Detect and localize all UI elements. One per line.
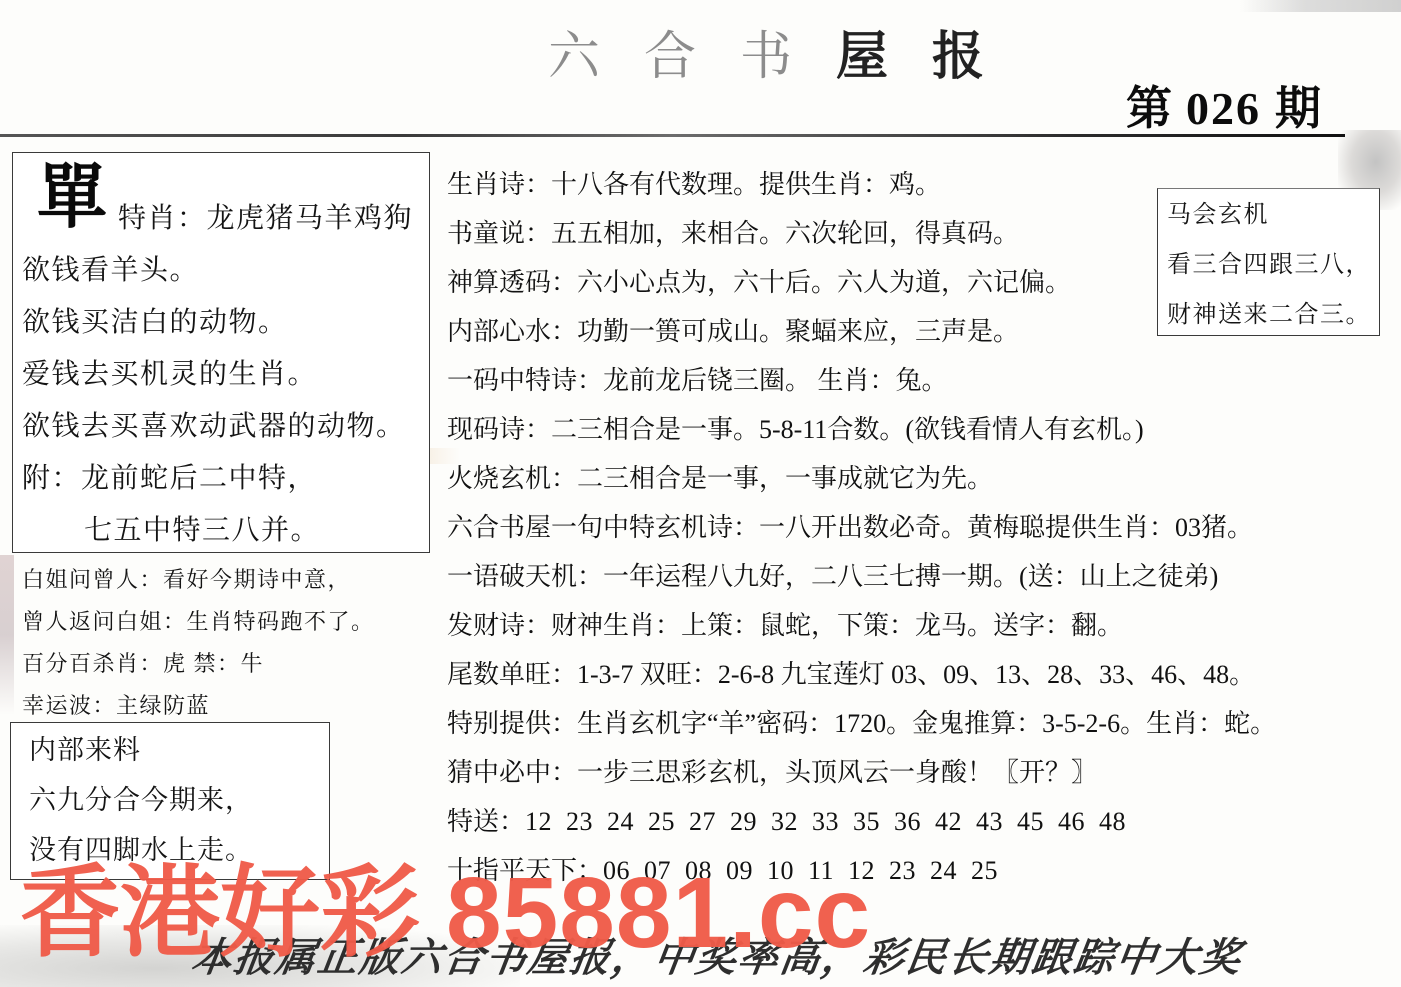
main-line: 发财诗：财神生肖：上策：鼠蛇，下策：龙马。送字：翻。 xyxy=(447,601,1401,650)
line-text: 财神生肖：上策：鼠蛇，下策：龙马。送字：翻。 xyxy=(551,611,1123,640)
note-line: 白姐问曾人：看好今期诗中意， xyxy=(22,559,422,601)
line-text: 一年运程八九好，二八三七搏一期。(送：山上之徒弟) xyxy=(603,562,1218,591)
line-text: 龙前龙后铙三圈。 生肖：兔。 xyxy=(603,366,948,395)
title-char: 屋 xyxy=(836,22,932,92)
line-text: 十八各有代数理。提供生肖：鸡。 xyxy=(551,170,941,199)
header-divider xyxy=(0,134,1345,137)
issue-value: 026 xyxy=(1186,83,1261,134)
line-label: 特别提供： xyxy=(447,709,577,738)
line-label: 一语破天机： xyxy=(447,562,603,591)
line-text: 生肖玄机字“羊”密码：1720。金鬼推算：3-5-2-6。生肖：蛇。 xyxy=(577,709,1276,738)
main-line: 特别提供：生肖玄机字“羊”密码：1720。金鬼推算：3-5-2-6。生肖：蛇。 xyxy=(447,699,1401,748)
title-char: 书 xyxy=(740,22,836,92)
line-text: 一步三思彩玄机，头顶风云一身酸！〖开？〗 xyxy=(577,758,1097,787)
line-text: 功勤一篑可成山。聚蝠来应，三声是。 xyxy=(577,317,1019,346)
line-text: 1-3-7 双旺：2-6-8 九宝莲灯 03、09、13、28、33、46、48… xyxy=(577,660,1255,689)
main-line: 尾数单旺：1-3-7 双旺：2-6-8 九宝莲灯 03、09、13、28、33、… xyxy=(447,650,1401,699)
title-char: 合 xyxy=(644,22,740,92)
scan-smudge-top xyxy=(1240,0,1401,12)
note-line: 曾人返问白姐：生肖特码跑不了。 xyxy=(22,601,422,643)
line-text: 一八开出数必奇。黄梅聪提供生肖：03猪。 xyxy=(759,513,1253,542)
note-line: 百分百杀肖：虎 禁：牛 xyxy=(22,643,422,685)
issue-suffix: 期 xyxy=(1275,83,1321,134)
note-line: 幸运波：主绿防蓝 xyxy=(22,685,422,727)
inside-info-title: 内部来料 xyxy=(29,725,253,775)
line-label: 尾数单旺： xyxy=(447,660,577,689)
scan-smudge-left xyxy=(0,555,14,715)
special-zodiac-lines: 特肖：龙虎猪马羊鸡狗 欲钱看羊头。 欲钱买洁白的动物。 爱钱去买机灵的生肖。 欲… xyxy=(22,193,427,557)
riddle-line: 欲钱去买喜欢动武器的动物。 xyxy=(22,401,427,453)
line-label: 特送： xyxy=(447,807,525,836)
main-line: 神算透码：六小心点为，六十后。六人为道，六记偏。 xyxy=(447,258,1401,307)
line-label: 内部心水： xyxy=(447,317,577,346)
line-label: 一码中特诗： xyxy=(447,366,603,395)
main-line: 一码中特诗：龙前龙后铙三圈。 生肖：兔。 xyxy=(447,356,1401,405)
line-label: 生肖诗： xyxy=(447,170,551,199)
line-label: 发财诗： xyxy=(447,611,551,640)
main-line: 现码诗：二三相合是一事。5-8-11合数。(欲钱看情人有玄机。) xyxy=(447,405,1401,454)
inside-info-lines: 内部来料 六九分合今期来， 没有四脚水上走。 xyxy=(29,725,253,875)
left-notes: 白姐问曾人：看好今期诗中意， 曾人返问白姐：生肖特码跑不了。 百分百杀肖：虎 禁… xyxy=(22,559,422,727)
special-zodiac-box: 單 特肖：龙虎猪马羊鸡狗 欲钱看羊头。 欲钱买洁白的动物。 爱钱去买机灵的生肖。… xyxy=(12,152,430,553)
title-char: 六 xyxy=(548,22,644,92)
newspaper-title: 六合书屋报 xyxy=(548,22,1028,92)
main-line: 六合书屋一句中特玄机诗：一八开出数必奇。黄梅聪提供生肖：03猪。 xyxy=(447,503,1401,552)
line-text: 二三相合是一事，一事成就它为先。 xyxy=(577,464,993,493)
line-label: 六合书屋一句中特玄机诗： xyxy=(447,513,759,542)
special-numbers: 12 23 24 25 27 29 32 33 35 36 42 43 45 4… xyxy=(525,807,1126,836)
main-line: 内部心水：功勤一篑可成山。聚蝠来应，三声是。 xyxy=(447,307,1401,356)
site-watermark: 香港好彩85881.cc xyxy=(20,858,871,968)
riddle-line: 爱钱去买机灵的生肖。 xyxy=(22,349,427,401)
inside-info-line: 六九分合今期来， xyxy=(29,775,253,825)
line-label: 现码诗： xyxy=(447,415,551,444)
line-label: 猜中必中： xyxy=(447,758,577,787)
main-column: 生肖诗：十八各有代数理。提供生肖：鸡。 书童说：五五相加，来相合。六次轮回，得真… xyxy=(447,160,1401,895)
line-label: 书童说： xyxy=(447,219,551,248)
main-line: 猜中必中：一步三思彩玄机，头顶风云一身酸！〖开？〗 xyxy=(447,748,1401,797)
main-line: 火烧玄机：二三相合是一事，一事成就它为先。 xyxy=(447,454,1401,503)
riddle-line: 欲钱看羊头。 xyxy=(22,245,427,297)
main-line: 书童说：五五相加，来相合。六次轮回，得真码。 xyxy=(447,209,1401,258)
main-line: 一语破天机：一年运程八九好，二八三七搏一期。(送：山上之徒弟) xyxy=(447,552,1401,601)
line-label: 火烧玄机： xyxy=(447,464,577,493)
watermark-cjk: 香港好彩 xyxy=(20,857,420,969)
riddle-line: 欲钱买洁白的动物。 xyxy=(22,297,427,349)
special-zodiac-line: 特肖：龙虎猪马羊鸡狗 xyxy=(22,193,427,245)
title-char: 报 xyxy=(932,22,1028,92)
watermark-domain: 85881.cc xyxy=(446,857,871,969)
issue-number: 第026期 xyxy=(1126,82,1321,136)
appendix-line: 附：龙前蛇后二中特， xyxy=(22,453,427,505)
line-text: 六小心点为，六十后。六人为道，六记偏。 xyxy=(577,268,1071,297)
line-text: 五五相加，来相合。六次轮回，得真码。 xyxy=(551,219,1019,248)
main-line: 生肖诗：十八各有代数理。提供生肖：鸡。 xyxy=(447,160,1401,209)
issue-prefix: 第 xyxy=(1126,83,1172,134)
appendix-line: 七五中特三八并。 xyxy=(22,505,427,557)
special-numbers-line: 特送：12 23 24 25 27 29 32 33 35 36 42 43 4… xyxy=(447,797,1401,846)
line-text: 二三相合是一事。5-8-11合数。(欲钱看情人有玄机。) xyxy=(551,415,1144,444)
line-label: 神算透码： xyxy=(447,268,577,297)
